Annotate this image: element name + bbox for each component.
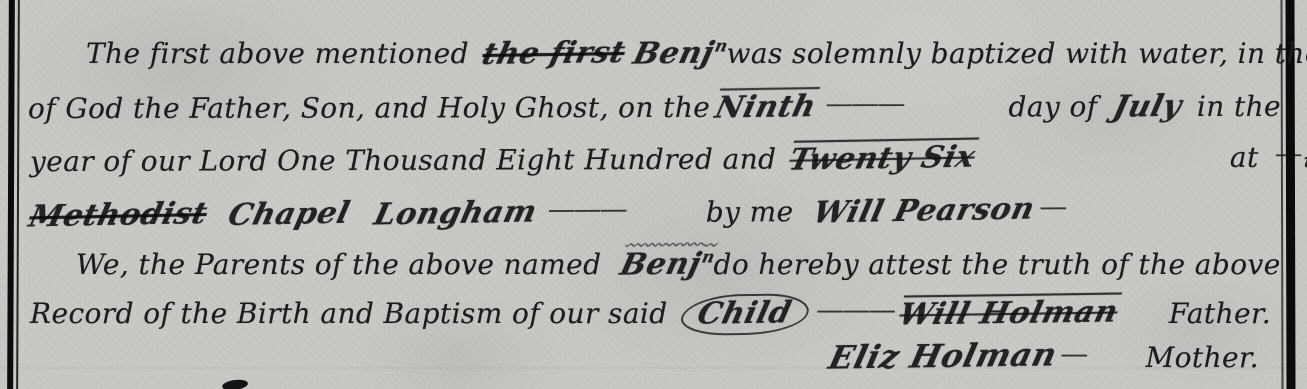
handwritten-mother-signature: Eliz Holman — [825, 335, 1061, 376]
record-line-mother-signature: Eliz Holman — Mother. — [830, 337, 1259, 375]
handwritten-baptized-name: Benjn — [630, 35, 731, 71]
printed-text-record-of-birth: Record of the Birth and Baptism of our s… — [30, 297, 668, 330]
trailing-dash: — — [1060, 337, 1086, 370]
printed-text-we-the-parents: We, the Parents of the above named — [76, 248, 601, 281]
record-line-year: year of our Lord One Thousand Eight Hund… — [30, 140, 1247, 179]
handwritten-building: Chapel — [224, 196, 353, 233]
name-base: Benj — [630, 36, 718, 72]
record-line-parents-attest: We, the Parents of the above named Benjn… — [76, 247, 1277, 282]
printed-text-at: at — [1230, 141, 1259, 174]
filler-dash: — — [1275, 137, 1301, 170]
filler-dash: ——— — [548, 192, 626, 225]
printed-label-father: Father. — [1169, 297, 1271, 330]
record-line-date: of God the Father, Son, and Holy Ghost, … — [28, 89, 1281, 126]
handwritten-denomination: Methodist — [26, 196, 211, 234]
handwritten-father-signature: Will Holman — [896, 294, 1122, 332]
printed-text-in-the: in the — [1197, 90, 1281, 123]
printed-label-mother: Mother. — [1146, 341, 1259, 374]
printed-text-by-me: by me — [706, 195, 794, 228]
printed-text-year-of-our-lord: year of our Lord One Thousand Eight Hund… — [30, 143, 777, 179]
scanned-baptism-record: The first above mentioned the first Benj… — [0, 0, 1307, 389]
handwritten-month: July — [1109, 89, 1185, 125]
trailing-dash: — — [1039, 190, 1065, 223]
record-line-chapel-minister: Methodist Chapel Longham ——— by me Will … — [30, 192, 1252, 233]
handwritten-place-the: the — [1300, 139, 1307, 175]
handwritten-day: Ninth — [712, 89, 820, 126]
handwritten-struck-text: the first — [479, 35, 629, 72]
handwritten-location: Longham — [370, 194, 540, 232]
handwritten-child-word: Child — [677, 293, 814, 336]
handwritten-minister-signature: Will Pearson — [809, 191, 1038, 230]
record-line-baptism-intro: The first above mentioned the first Benj… — [86, 36, 1277, 71]
printed-text-do-hereby-attest: do hereby attest the truth of the above — [714, 248, 1281, 281]
record-line-father-signature: Record of the Birth and Baptism of our s… — [30, 294, 1271, 335]
left-border-rule — [7, 0, 15, 389]
filler-dash: ——— — [816, 293, 894, 326]
printed-text-first-above-mentioned: The first above mentioned — [86, 37, 469, 70]
handwritten-child-name: Benjn — [617, 246, 718, 282]
left-border-inner-rule — [16, 0, 20, 389]
printed-text-day-of: day of — [1009, 90, 1098, 123]
filler-dash: ——— — [825, 87, 903, 120]
handwritten-year: Twenty Six — [786, 140, 979, 178]
printed-text-god-father-son: of God the Father, Son, and Holy Ghost, … — [28, 91, 710, 125]
ink-blot — [221, 378, 248, 389]
printed-text-solemnly-baptized: was solemnly baptized with water, in the… — [727, 37, 1307, 70]
child-name-base: Benj — [617, 247, 705, 283]
